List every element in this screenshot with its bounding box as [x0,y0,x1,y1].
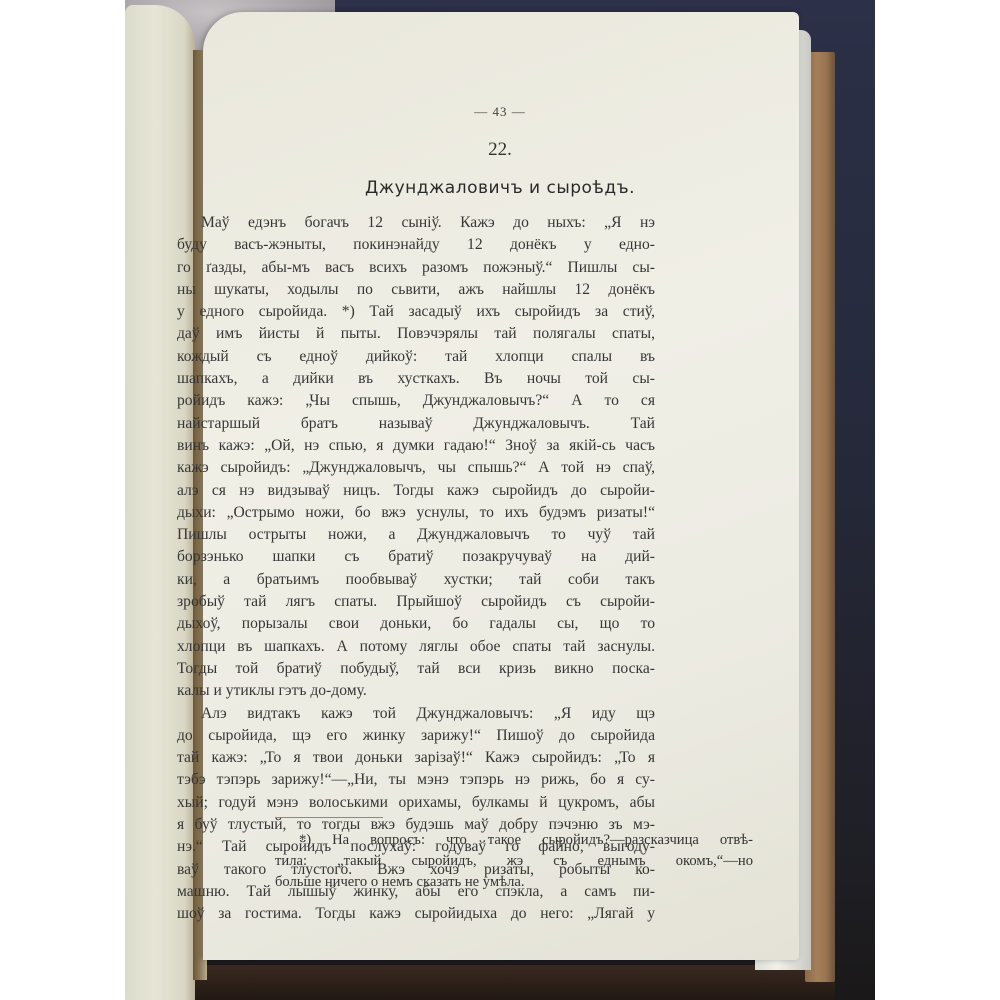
text-line: алэ ся нэ видзываў ницъ. Тогды кажэ сыро… [177,480,655,502]
text-line: хлопци въ шапкахъ. А потому ляглы обое с… [177,636,655,658]
text-line: буду васъ-жэныты, покинэнайду 12 донёкъ … [177,234,655,256]
footnote: *) На вопросъ: что такое сыройидъ?—разск… [275,830,753,893]
text-line: хый; годуй мэнэ волоськими орихамы, булк… [177,792,655,814]
story-title: Джунджаловичъ и сыроѣдъ. [0,178,1000,198]
text-line: тэбэ тэпэрь зарижу!“—„Ни, ты мэнэ тэпэрь… [177,769,655,791]
text-line: калы и утиклы гэтъ до-дому. [177,680,655,702]
chapter-number: 22. [0,139,1000,161]
footnote-line: тила: „такый сыройидъ, жэ съ еднымъ оком… [275,851,753,872]
footnote-line: *) На вопросъ: что такое сыройидъ?—разск… [275,830,753,851]
text-line: дыхоў, порызалы свои доньки, бо гадалы с… [177,613,655,635]
body-text: Маў едэнъ богачъ 12 сыніў. Кажэ до ныхъ:… [177,212,655,926]
text-line: борзэнько шапки съ братиў позакручуваў н… [177,546,655,568]
text-line: го ґазды, абы-мъ васъ всихъ разомъ пожэн… [177,257,655,279]
text-line: Тогды той братиў побудыў, тай вси кризь … [177,658,655,680]
text-line: ки, а братьимъ пообвываў хустки; тай соб… [177,569,655,591]
text-line: шапкахъ, а дийки въ хусткахъ. Въ ночы то… [177,368,655,390]
text-line: Алэ видтакъ кажэ той Джунджаловычъ: „Я и… [177,703,655,725]
text-line: до сыройида, щэ его жинку зарижу!“ Пишоў… [177,725,655,747]
text-line: винъ кажэ: „Ой, нэ спью, я думки гадаю!“… [177,435,655,457]
book-cover-bottom [185,965,835,1000]
text-line: Пишлы острыты ножи, а Джунджаловычъ то ч… [177,524,655,546]
text-line: ройидъ кажэ: „Чы спышь, Джунджаловычъ?“ … [177,390,655,412]
text-line: тай кажэ: „То я твои доньки зарізаў!“ Ка… [177,747,655,769]
page-number: — 43 — [0,104,1000,120]
text-line: шоў за гостима. Тогды кажэ сыройидыха до… [177,903,655,925]
text-line: даў имъ йисты й пыты. Повэчэрялы тай пол… [177,323,655,345]
footnote-divider [275,817,383,818]
text-line: найстаршый братъ называў Джунджаловычъ. … [177,413,655,435]
text-line: кажэ сыройидъ: „Джунджаловычъ, чы спышь?… [177,457,655,479]
text-line: у едного сыройида. *) Тай засадыў ихъ сы… [177,301,655,323]
text-line: зробыў тай лягъ спаты. Прыйшоў сыройидъ … [177,591,655,613]
text-line: кождый съ едноў дийкоў: тай хлопци спалы… [177,346,655,368]
text-line: Маў едэнъ богачъ 12 сыніў. Кажэ до ныхъ:… [177,212,655,234]
text-line: ны шукаты, ходылы по сьвити, ажъ найшлы … [177,279,655,301]
text-line: дыхи: „Острымо ножи, бо вжэ уснулы, то и… [177,502,655,524]
footnote-line: больше ничего о немъ сказать не умѣла. [275,872,753,893]
